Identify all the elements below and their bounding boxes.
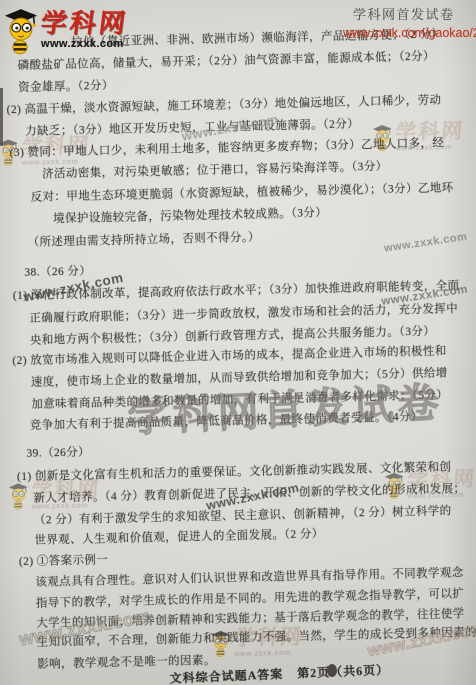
header-site-url: www.zxxk.com/gaokao/201 [343,26,476,40]
header-site-tagline: 学科网首发试卷 [353,4,476,23]
text-line: (2) 高温干燥，淡水资源短缺，施工环境差；（3分）地处偏远地区，人口稀少，劳动 [6,91,441,117]
text-line: 39.（26分） [26,443,90,460]
zxxk-mascot-icon [2,5,40,55]
text-line: (2) ①答案示例一 [19,551,109,569]
scanned-exam-answer-page: 学科网 www.zxxk.com 学科网 www.zxxk.com 学科网 ww… [0,0,476,685]
site-logo-text-block: 学科网 www.zxxk.com [41,10,128,50]
watermark-url: www.zxxk.com [383,231,468,255]
text-line: 济活动密集，对污染更敏感；位于港口，容易污染海洋等。（3分） [42,158,388,182]
text-line: 资金雄厚。（2分） [18,77,114,95]
scan-layer: 学科网 www.zxxk.com 学科网 www.zxxk.com 学科网 ww… [0,0,476,685]
zxxk-mascot-icon [7,481,30,510]
text-line: 世界观、人生观和价值观，促进人的全面发展。（2 分） [34,525,324,548]
site-logo-url: www.zxxk.com [41,38,128,50]
text-line: （所述理由需支持所持立场，否则不得分。） [27,228,260,249]
footer-document-title: 文科综合试题A答案 [169,667,283,685]
footer-page-number: 第2页（共6页） [297,663,390,681]
text-line: 境保护设施较完备，污染物处理技术较成熟。（3分） [53,204,327,226]
site-logo-name: 学科网 [39,10,129,36]
text-line: 反对：甲地生态环境更脆弱（水资源短缺，植被稀少，易沙漠化）；（3分）乙地环 [30,179,453,205]
scan-dot-artifact [327,664,337,677]
header-right: 学科网首发试卷 www.zxxk.com/gaokao/201 [343,4,476,40]
watermark-logo-url: www.zxxk.com [234,650,303,659]
zxxk-site-logo: 学科网 www.zxxk.com [2,5,128,55]
scan-edge-artifact [0,88,3,146]
